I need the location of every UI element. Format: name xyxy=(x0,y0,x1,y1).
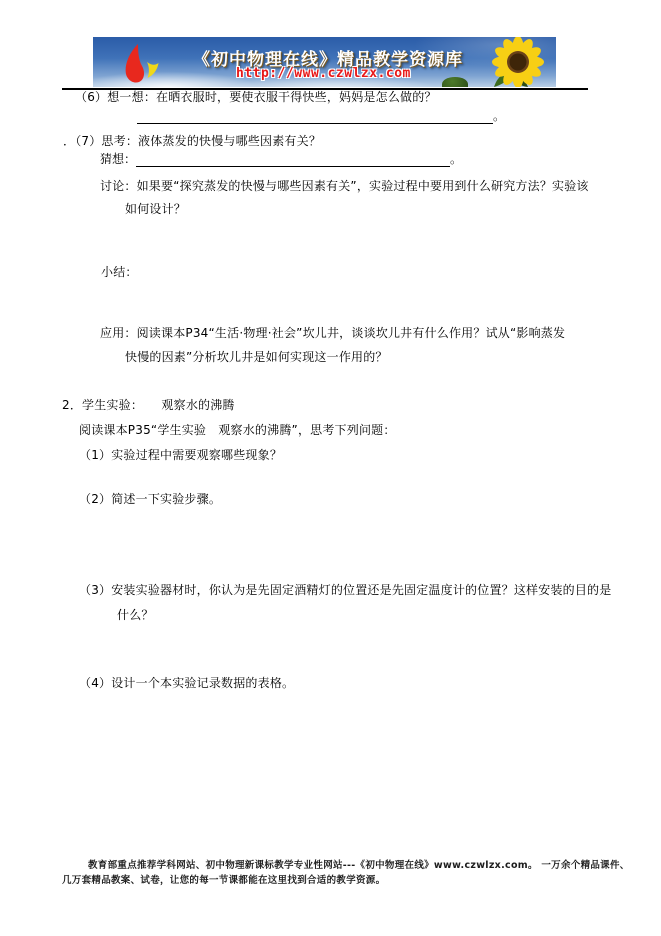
summary-label: 小结： xyxy=(101,265,138,280)
site-banner: 《初中物理在线》精品教学资源库 http://www.czwlzx.com xyxy=(93,37,556,87)
section-2-question-3-line1: （3）安装实验器材时，你认为是先固定酒精灯的位置还是先固定温度计的位置？这样安装… xyxy=(79,583,611,598)
blank-period: 。 xyxy=(450,152,462,167)
banner-url: http://www.czwlzx.com xyxy=(236,66,411,81)
question-7: ．（7）思考：液体蒸发的快慢与哪些因素有关？ xyxy=(63,134,321,149)
answer-underline xyxy=(136,152,450,167)
answer-underline xyxy=(137,109,493,124)
sunflower-icon xyxy=(476,37,554,87)
section-2-question-2: （2）简述一下实验步骤。 xyxy=(79,492,221,507)
section-2-intro: 阅读课本P35“学生实验 观察水的沸腾”，思考下列问题： xyxy=(79,423,396,438)
bush-icon xyxy=(442,77,468,87)
application-line1: 应用：阅读课本P34“生活·物理·社会”坎儿井，谈谈坎儿井有什么作用？试从“影响… xyxy=(100,326,565,341)
section-2-question-1: （1）实验过程中需要观察哪些现象？ xyxy=(79,448,282,463)
application-line2: 快慢的因素”分析坎儿井是如何实现这一作用的？ xyxy=(125,350,388,365)
section-2-question-3-line2: 什么？ xyxy=(117,608,154,623)
flame-check-logo-icon xyxy=(111,42,173,87)
question-7-guess-row: 猜想：。 xyxy=(100,152,462,167)
guess-label: 猜想： xyxy=(100,152,136,167)
question-6: （6）想一想：在晒衣服时，要使衣服干得快些，妈妈是怎么做的？ xyxy=(75,90,437,105)
question-7-discussion-line1: 讨论：如果要“探究蒸发的快慢与哪些因素有关”，实验过程中要用到什么研究方法？实验… xyxy=(100,179,589,194)
question-6-answer-blank: 。 xyxy=(137,109,505,124)
footer-promo-line1: 教育部重点推荐学科网站、初中物理新课标教学专业性网站---《初中物理在线》www… xyxy=(88,858,630,873)
section-2-title: 2．学生实验： 观察水的沸腾 xyxy=(62,398,235,413)
footer-promo-line2: 几万套精品教案、试卷，让您的每一节课都能在这里找到合适的教学资源。 xyxy=(62,873,385,888)
section-2-question-4: （4）设计一个本实验记录数据的表格。 xyxy=(79,676,294,691)
blank-period: 。 xyxy=(493,109,505,124)
question-7-discussion-line2: 如何设计？ xyxy=(125,202,186,217)
